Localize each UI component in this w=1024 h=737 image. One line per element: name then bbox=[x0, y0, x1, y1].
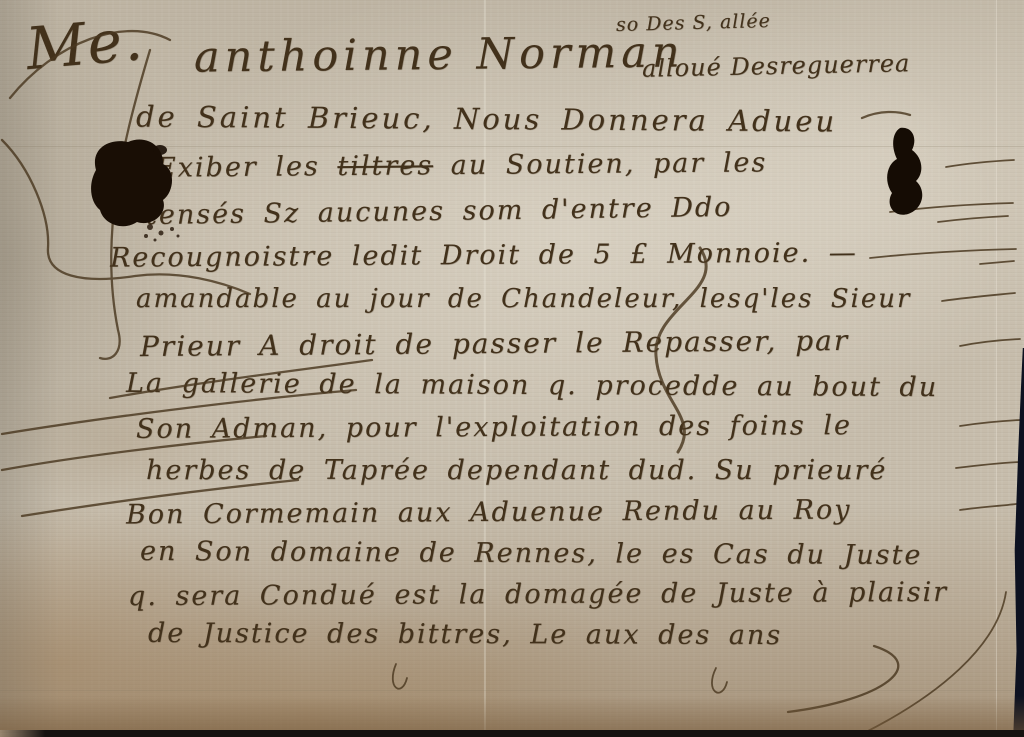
manuscript-line-13: q. sera Condué est la domagée de Juste à… bbox=[128, 577, 948, 612]
manuscript-line-8: La gallerie de la maison q. procedde au … bbox=[126, 368, 938, 403]
manuscript-photo: Me. so Des S, allée anthoinne Norman all… bbox=[0, 0, 1024, 737]
monogram-initials: Me. bbox=[23, 5, 147, 83]
bottom-fold-band bbox=[0, 696, 1024, 730]
manuscript-line-14: de Justice des bittres, Le aux des ans bbox=[148, 618, 782, 651]
manuscript-line-10: herbes de Taprée dependant dud. Su prieu… bbox=[146, 455, 887, 486]
manuscript-line-1-rest: alloué Desreguerrea bbox=[642, 49, 911, 83]
manuscript-line-2: de Saint Brieuc, Nous Donnera Adueu bbox=[136, 100, 837, 139]
manuscript-line-1-name: anthoinne Norman bbox=[194, 27, 685, 82]
line-3-pre: Exiber les bbox=[156, 151, 338, 184]
line-3-post: au Soutien, par les bbox=[433, 147, 767, 181]
manuscript-line-12: en Son domaine de Rennes, le es Cas du J… bbox=[140, 536, 923, 571]
struck-word: tiltres bbox=[337, 150, 433, 182]
manuscript-line-3: Exiber les tiltres au Soutien, par les bbox=[156, 147, 768, 183]
manuscript-line-11: Bon Cormemain aux Aduenue Rendu au Roy bbox=[126, 494, 852, 530]
vertical-fold-crease bbox=[996, 0, 997, 737]
horizontal-crease bbox=[0, 690, 1024, 691]
manuscript-line-9: Son Adman, pour l'exploitation des foins… bbox=[136, 410, 852, 445]
left-edge-vignette bbox=[0, 0, 60, 737]
horizontal-crease bbox=[0, 146, 1024, 147]
manuscript-line-5: Recougnoistre ledit Droit de 5 £ Monnoie… bbox=[110, 237, 858, 273]
manuscript-line-6: amandable au jour de Chandeleur, lesq'le… bbox=[136, 284, 911, 314]
manuscript-line-7: Prieur A droit de passer le Repasser, pa… bbox=[140, 324, 849, 363]
bottom-edge-shadow bbox=[0, 730, 1024, 737]
